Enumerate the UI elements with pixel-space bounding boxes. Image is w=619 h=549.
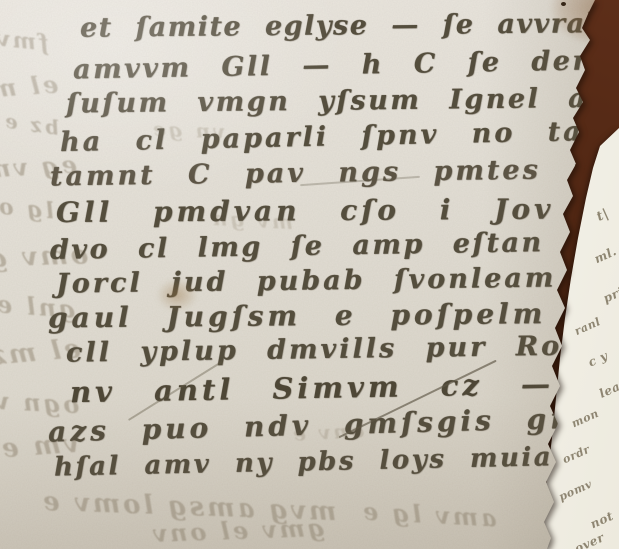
handwriting-line: hſal amv ny pbs loys muia e [54,441,596,482]
handwriting-line: tamnt C pav ngs pmtes nomvu [50,153,619,193]
bleedthrough-writing: amv lg e [359,496,497,532]
bleedthrough-writing: lg o [0,194,55,225]
handwriting-line: gaul Jugſsm e poſpelm cl [48,297,616,335]
corner-stain-small [588,0,619,20]
worm-hole [575,118,578,121]
bleedthrough-writing: fmv [0,25,50,57]
handwriting-line: dvo cl lmg ſe amp eſtan gut a [50,225,619,266]
worm-hole [561,2,566,6]
bleedthrough-writing: bz e [1,108,61,140]
main-sheet: fmv el m bz e eg vn lg o omv g gnl e el … [0,0,619,549]
worm-hole [589,31,595,36]
bleedthrough-writing: gmv el onv [150,513,326,548]
handwriting-line: Gll pmdvan cſo i Jov es [56,192,619,229]
bleedthrough-writing: el m [0,70,59,104]
handwriting-line: ha cl paparli ſpnv no tamſs [60,115,619,158]
handwriting-line: cll yplup dmvills pur Rolu [66,330,598,368]
main-sheet-wrap: fmv el m bz e eg vn lg o omv g gnl e el … [0,0,619,549]
handwriting-line: Jorcl jud pubab ſvonleam g a [56,261,619,299]
handwriting-line: amvvm Gll — h C ſe der amvv [73,43,619,85]
handwriting-line: ſuſum vmgn yſsum Ignel a des G [66,82,619,120]
handwriting-line: et ſamite eglyse — ſe avvralem La [80,7,619,43]
manuscript-photo: t| ml. pri ranl c y lea mon ordr pomv no… [0,0,619,549]
